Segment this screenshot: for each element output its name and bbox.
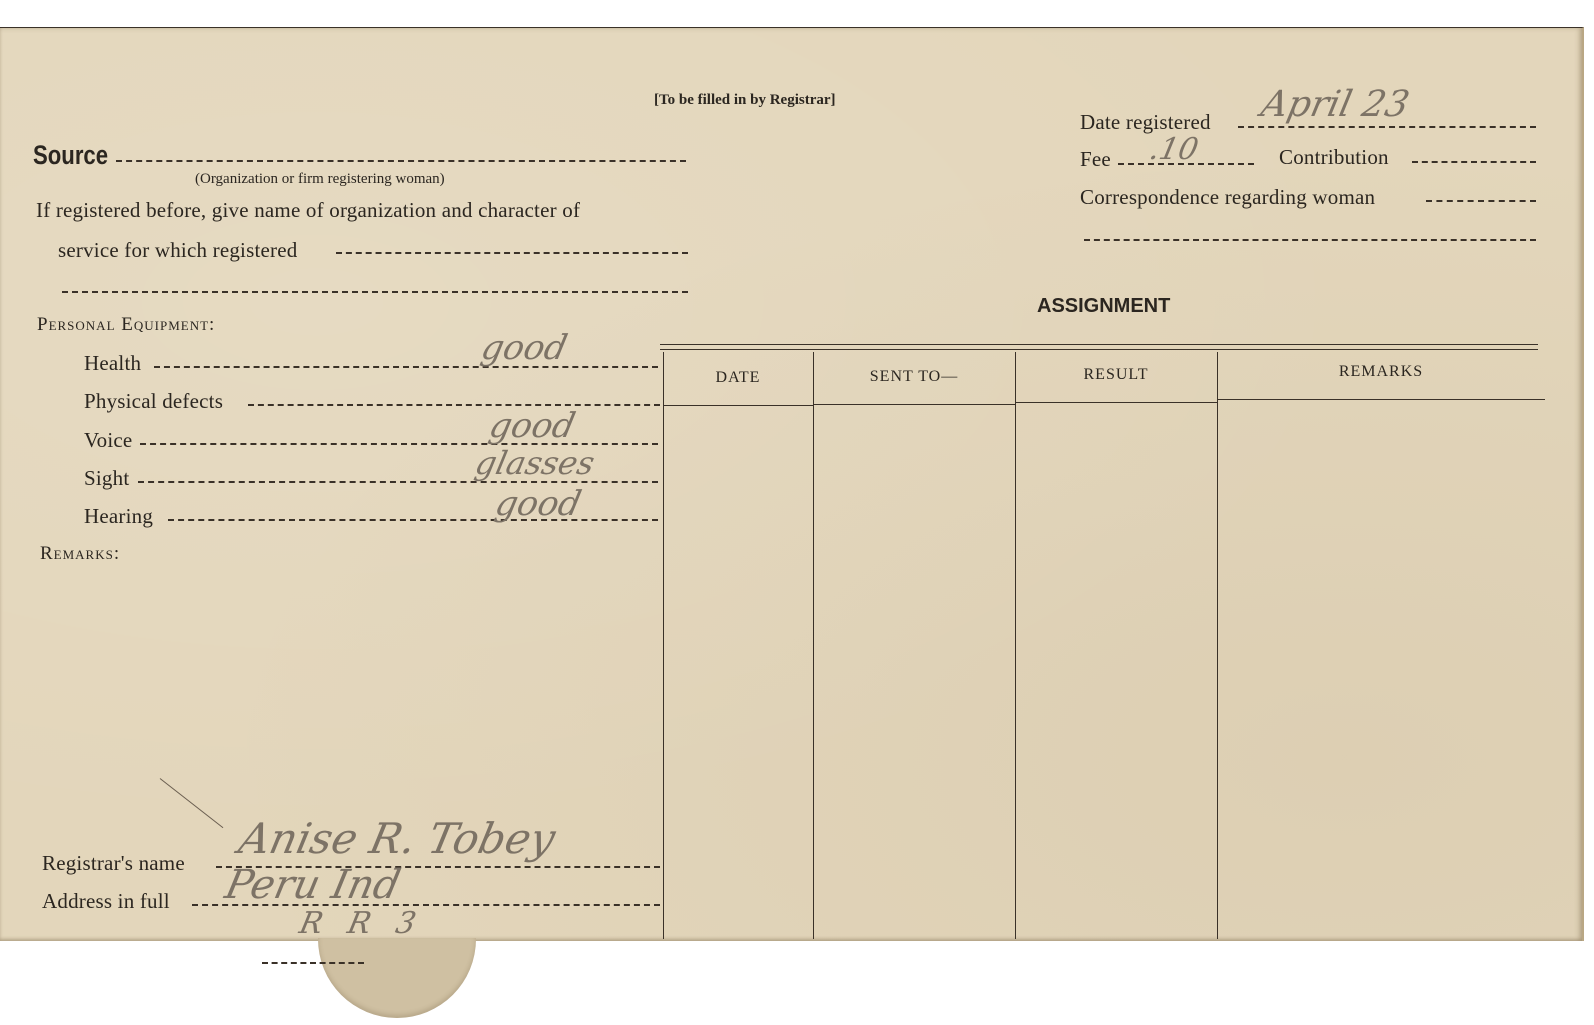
hearing-value: good xyxy=(492,484,585,524)
result-column-cells[interactable] xyxy=(1017,408,1216,938)
column-header-remarks: REMARKS xyxy=(1217,363,1545,381)
correspondence-label: Correspondence regarding woman xyxy=(1080,185,1375,210)
column-header-result: RESULT xyxy=(1015,366,1217,384)
date-registered-field[interactable] xyxy=(1238,126,1536,128)
column-divider xyxy=(813,352,814,939)
address-value-2: R R 3 xyxy=(296,906,427,941)
address-field-2[interactable] xyxy=(262,962,364,964)
card-index-tab xyxy=(318,938,476,1018)
contribution-label: Contribution xyxy=(1279,145,1389,170)
sight-value: glasses xyxy=(472,444,598,482)
prior-registration-label-2: service for which registered xyxy=(58,238,297,263)
column-header-sent-to: SENT TO— xyxy=(813,368,1015,386)
header-underline xyxy=(1217,399,1545,400)
prior-registration-label-1: If registered before, give name of organ… xyxy=(36,198,580,223)
personal-equipment-heading: Personal Equipment: xyxy=(37,314,215,336)
header-underline xyxy=(1015,402,1217,403)
fee-value: .10 xyxy=(1146,132,1201,167)
physical-defects-label: Physical defects xyxy=(84,389,223,414)
voice-value: good xyxy=(486,406,579,446)
prior-registration-field-2[interactable] xyxy=(62,291,688,293)
contribution-field[interactable] xyxy=(1412,161,1536,163)
table-top-rule-2 xyxy=(660,349,1538,350)
prior-registration-field-1[interactable] xyxy=(336,252,688,254)
header-underline xyxy=(663,405,813,406)
registrar-name-value: Anise R. Tobey xyxy=(235,814,560,863)
header-underline xyxy=(813,404,1015,405)
address-label: Address in full xyxy=(42,889,170,914)
date-registered-value: April 23 xyxy=(1258,84,1413,125)
sight-label: Sight xyxy=(84,466,129,491)
sent-to-column-cells[interactable] xyxy=(815,410,1014,938)
voice-label: Voice xyxy=(84,428,132,453)
source-field[interactable] xyxy=(116,160,686,162)
address-value-1: Peru Ind xyxy=(221,862,404,908)
fee-label: Fee xyxy=(1080,147,1111,172)
remarks-column-cells[interactable] xyxy=(1219,405,1544,938)
hearing-field[interactable] xyxy=(168,519,658,521)
column-divider xyxy=(1015,352,1016,939)
assignment-title: ASSIGNMENT xyxy=(1037,295,1170,318)
correspondence-field-1[interactable] xyxy=(1426,200,1536,202)
column-divider xyxy=(663,352,664,939)
physical-defects-field[interactable] xyxy=(248,404,660,406)
health-field[interactable] xyxy=(154,366,658,368)
hearing-label: Hearing xyxy=(84,504,153,529)
health-label: Health xyxy=(84,351,141,376)
remarks-heading: Remarks: xyxy=(40,543,120,565)
correspondence-field-2[interactable] xyxy=(1084,239,1536,241)
column-header-date: DATE xyxy=(663,369,813,387)
registrar-instruction: [To be filled in by Registrar] xyxy=(654,92,836,109)
table-top-rule-1 xyxy=(660,344,1538,345)
column-divider xyxy=(1217,352,1218,939)
health-value: good xyxy=(478,328,571,368)
source-caption: (Organization or firm registering woman) xyxy=(195,171,445,188)
registrar-name-label: Registrar's name xyxy=(42,851,185,876)
date-column-cells[interactable] xyxy=(665,410,812,938)
source-label: Source xyxy=(33,140,108,171)
